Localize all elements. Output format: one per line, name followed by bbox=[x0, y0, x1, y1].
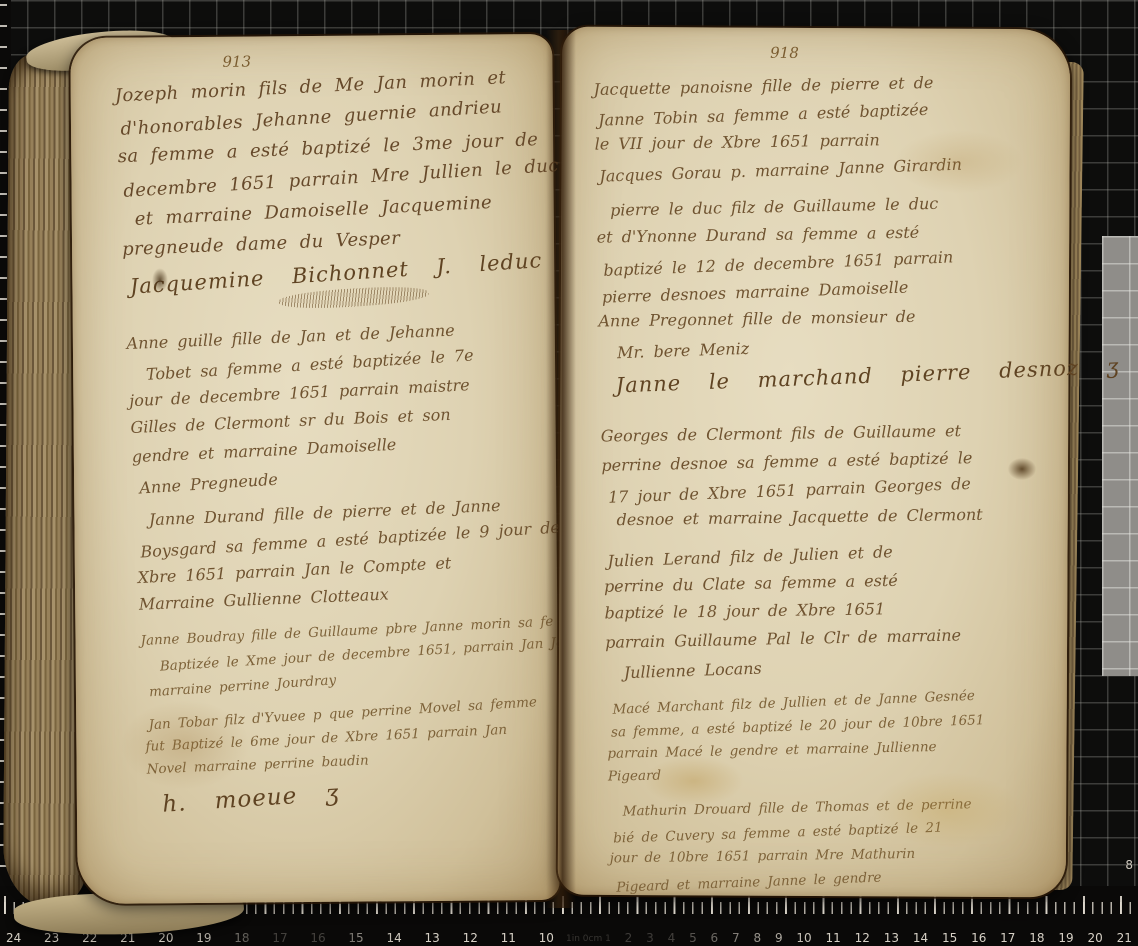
ruler-number: 16 bbox=[310, 932, 325, 944]
ruler-number: 14 bbox=[913, 932, 928, 944]
ruler-number: 10 bbox=[796, 932, 811, 944]
manuscript-line: pierre desnoes marraine Damoiselle bbox=[602, 272, 1064, 306]
manuscript-line: parrain Guillaume Pal le Clr de marraine bbox=[605, 623, 1067, 652]
ruler-number: 24 bbox=[6, 932, 21, 944]
ruler-number: 6 bbox=[711, 932, 719, 944]
manuscript-line: jour de 10bre 1651 parrain Mre Mathurin bbox=[610, 844, 1072, 867]
ink-blot bbox=[152, 268, 168, 292]
bottom-ruler-numbers-right: 1in 0cm 12345678910111213141516171819202… bbox=[566, 926, 1132, 944]
manuscript-line: Mr. bere Meniz bbox=[617, 328, 1065, 362]
manuscript-line: et d'Ynonne Durand sa femme a esté bbox=[597, 221, 1059, 247]
manuscript-line: Jullienne Locans bbox=[623, 648, 1071, 682]
ruler-number: 19 bbox=[1058, 932, 1073, 944]
manuscript-photo-scene: 8 242322212019181716151413121110 1in 0cm… bbox=[0, 0, 1138, 946]
ruler-number: 15 bbox=[942, 932, 957, 944]
manuscript-line: Jacquette panoisne fille de pierre et de bbox=[593, 70, 1055, 99]
manuscript-line: 17 jour de Xbre 1651 parrain Georges de bbox=[608, 470, 1064, 506]
manuscript-line: perrine desnoe sa femme a esté baptizé l… bbox=[601, 446, 1063, 475]
paper-stain bbox=[894, 130, 1024, 194]
manuscript-line: Pigeard et marraine Janne le gendre bbox=[616, 862, 1072, 895]
ruler-number: 23 bbox=[44, 932, 59, 944]
manuscript-line: Julien Lerand filz de Julien et de bbox=[607, 536, 1069, 570]
manuscript-line: Georges de Clermont fils de Guillaume et bbox=[601, 420, 1063, 446]
ruler-number: 12 bbox=[463, 932, 478, 944]
ruler-number: 13 bbox=[425, 932, 440, 944]
ruler-number: 11 bbox=[826, 932, 841, 944]
paper-stain bbox=[644, 756, 744, 806]
ruler-number: 16 bbox=[971, 932, 986, 944]
ruler-number: 19 bbox=[196, 932, 211, 944]
right-ruler-number: 8 bbox=[1125, 858, 1133, 872]
ruler-number: 1in 0cm 1 bbox=[566, 935, 611, 944]
ruler-number: 20 bbox=[1088, 932, 1103, 944]
grid-mat-light-patch bbox=[1102, 236, 1138, 676]
manuscript-line: desnoe et marraine Jacquette de Clermont bbox=[616, 504, 1064, 530]
ruler-number: 13 bbox=[884, 932, 899, 944]
manuscript-line: pierre le duc filz de Guillaume le duc bbox=[610, 191, 1058, 219]
ruler-number: 21 bbox=[1117, 932, 1132, 944]
ruler-number: 8 bbox=[753, 932, 761, 944]
ruler-number: 10 bbox=[539, 932, 554, 944]
ruler-number: 7 bbox=[732, 932, 740, 944]
paper-stain bbox=[120, 700, 250, 790]
ruler-number: 17 bbox=[1000, 932, 1015, 944]
book-gutter-shadow bbox=[546, 30, 576, 908]
ruler-number: 9 bbox=[775, 932, 783, 944]
ruler-number: 5 bbox=[689, 932, 697, 944]
signature-line: Janne le marchand pierre desnoz ʒ bbox=[615, 356, 1062, 397]
manuscript-line: perrine du Clate sa femme a esté bbox=[604, 567, 1066, 596]
ruler-number: 2 bbox=[625, 932, 633, 944]
ruler-number: 18 bbox=[1029, 932, 1044, 944]
ruler-number: 20 bbox=[158, 932, 173, 944]
ruler-number: 3 bbox=[646, 932, 654, 944]
ink-blot bbox=[1008, 458, 1036, 480]
manuscript-line: baptizé le 18 jour de Xbre 1651 bbox=[604, 597, 1066, 623]
ruler-number: 15 bbox=[348, 932, 363, 944]
ruler-number: 4 bbox=[668, 932, 676, 944]
paper-stain bbox=[872, 772, 1022, 848]
open-register-book: 913 Jozeph morin fils de Me Jan morin et… bbox=[4, 20, 1096, 916]
ink-scribble bbox=[278, 284, 429, 311]
ruler-number: 17 bbox=[272, 932, 287, 944]
manuscript-line: Anne Pregonnet fille de monsieur de bbox=[598, 305, 1060, 331]
ruler-number: 11 bbox=[501, 932, 516, 944]
ruler-number: 18 bbox=[234, 932, 249, 944]
ruler-number: 12 bbox=[855, 932, 870, 944]
ruler-number: 14 bbox=[386, 932, 401, 944]
manuscript-line: Janne Tobin sa femme a esté baptizée bbox=[598, 95, 1060, 129]
